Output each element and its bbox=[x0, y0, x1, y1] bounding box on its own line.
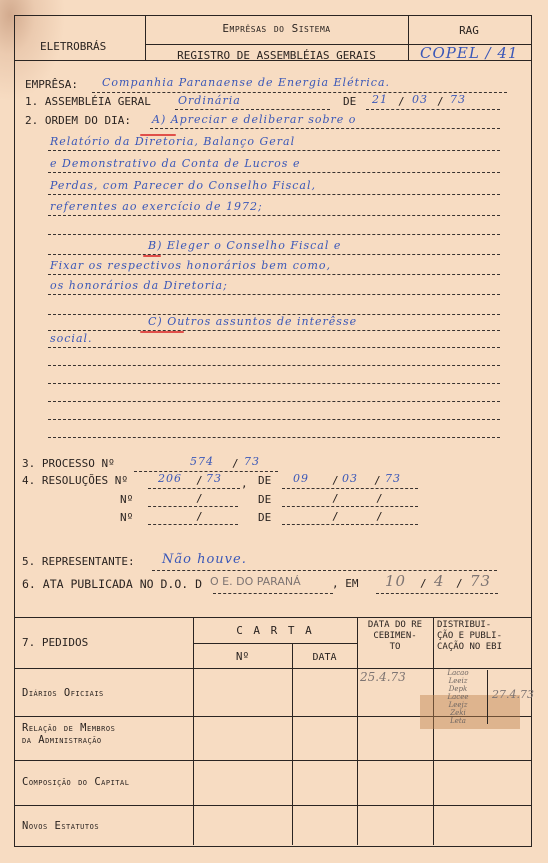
label-line: Relação de Membros bbox=[22, 722, 115, 734]
ordem-line-text[interactable]: os honorários da Diretoria; bbox=[50, 279, 228, 292]
ata-day-field[interactable]: 10 bbox=[385, 572, 406, 590]
initial: Zeki bbox=[438, 709, 478, 717]
system-title: Emprêsas do Sistema bbox=[145, 22, 408, 35]
slash: / bbox=[376, 510, 383, 523]
date-slash: / bbox=[437, 95, 444, 108]
header-line: TO bbox=[357, 642, 433, 653]
ata-publication-field[interactable]: O E. DO PARANÁ bbox=[210, 575, 301, 588]
resolucao-de-label: DE bbox=[258, 474, 271, 487]
org-name: ELETROBRÁS bbox=[40, 40, 106, 53]
ordem-line-text[interactable]: B) Eleger o Conselho Fiscal e bbox=[148, 239, 341, 252]
resolucao-no-label: Nº bbox=[120, 511, 133, 524]
ordem-line bbox=[48, 330, 500, 331]
initial: Depk bbox=[438, 685, 478, 693]
table-top-line bbox=[14, 617, 531, 618]
cell-relacao-data[interactable] bbox=[294, 718, 356, 759]
header-line: ÇÃO E PUBLI- bbox=[437, 631, 531, 642]
carta-data-header: DATA bbox=[292, 652, 357, 663]
assembleia-date-line bbox=[366, 109, 500, 110]
table-row-line bbox=[14, 805, 531, 806]
initial: Leeiz bbox=[438, 677, 478, 685]
empresa-line bbox=[92, 92, 507, 93]
slash: / bbox=[196, 492, 203, 505]
initials-bracket bbox=[487, 670, 488, 724]
ordem-line-text[interactable]: Fixar os respectivos honorários bem como… bbox=[50, 259, 331, 272]
slash: / bbox=[332, 474, 339, 487]
recebimento-header: DATA DO RE CEBIMEN- TO bbox=[357, 620, 433, 653]
assembleia-de-label: DE bbox=[343, 95, 356, 108]
ordem-line bbox=[48, 172, 500, 173]
resolucao-line bbox=[148, 488, 240, 489]
ata-date-line bbox=[376, 593, 498, 594]
ordem-line-text[interactable]: Perdas, com Parecer do Conselho Fiscal, bbox=[50, 179, 316, 192]
processo-number-field[interactable]: 574 bbox=[190, 455, 214, 468]
resolucao-number-field[interactable]: 206 bbox=[158, 472, 182, 485]
ordem-line bbox=[48, 234, 500, 235]
assembleia-line bbox=[175, 109, 330, 110]
red-mark bbox=[140, 331, 184, 333]
resolucao-number-field[interactable] bbox=[148, 506, 238, 507]
cell-relacao-recebimento[interactable] bbox=[359, 718, 432, 759]
ordem-line bbox=[48, 383, 500, 384]
ata-line bbox=[213, 593, 333, 594]
date-slash: / bbox=[398, 95, 405, 108]
red-mark bbox=[143, 255, 161, 257]
rag-label: RAG bbox=[408, 24, 530, 37]
table-col-line bbox=[433, 617, 434, 845]
cell-estatutos-distribuicao[interactable] bbox=[435, 807, 530, 844]
table-col-line bbox=[292, 643, 293, 845]
pedidos-label: 7. PEDIDOS bbox=[22, 636, 88, 649]
ata-year-field[interactable]: 73 bbox=[470, 572, 491, 590]
slash: / bbox=[332, 510, 339, 523]
assembleia-month-field[interactable]: 03 bbox=[412, 93, 428, 106]
ordem-line bbox=[150, 128, 500, 129]
assembleia-label: 1. ASSEMBLÉIA GERAL bbox=[25, 95, 151, 108]
ordem-line-text[interactable]: social. bbox=[50, 332, 93, 345]
distribuicao-date[interactable]: 27.4.73 bbox=[492, 688, 534, 701]
ordem-line bbox=[48, 215, 500, 216]
resolucao-number-field[interactable] bbox=[148, 524, 238, 525]
carta-label: C A R T A bbox=[193, 624, 357, 637]
slash: / bbox=[232, 457, 239, 470]
header-line: CEBIMEN- bbox=[357, 631, 433, 642]
ordem-line bbox=[48, 347, 500, 348]
ordem-line-text[interactable]: referentes ao exercício de 1972; bbox=[50, 200, 263, 213]
cell-composicao-recebimento[interactable] bbox=[359, 762, 432, 804]
assembleia-year-field[interactable]: 73 bbox=[450, 93, 466, 106]
slash: / bbox=[196, 510, 203, 523]
carta-no-header: Nº bbox=[193, 650, 292, 663]
resolucao-month-field[interactable]: 03 bbox=[342, 472, 358, 485]
header-line: DATA DO RE bbox=[357, 620, 433, 631]
resolucao-de-label: DE bbox=[258, 511, 271, 524]
ordem-line-text[interactable]: A) Apreciar e deliberar sobre o bbox=[152, 113, 356, 126]
slash: / bbox=[456, 577, 463, 590]
empresa-label: EMPRÊSA: bbox=[25, 78, 78, 91]
red-mark bbox=[140, 134, 176, 136]
cell-composicao-data[interactable] bbox=[294, 762, 356, 804]
cell-estatutos-recebimento[interactable] bbox=[359, 807, 432, 844]
slash: / bbox=[332, 492, 339, 505]
rag-value[interactable]: COPEL / 41 bbox=[420, 44, 518, 62]
representante-label: 5. REPRESENTANTE: bbox=[22, 555, 135, 568]
cell-relacao-no[interactable] bbox=[195, 718, 291, 759]
label-line: da Administração bbox=[22, 734, 115, 746]
processo-year-field[interactable]: 73 bbox=[244, 455, 260, 468]
assembleia-day-field[interactable]: 21 bbox=[372, 93, 388, 106]
resolucao-de-label: DE bbox=[258, 493, 271, 506]
representante-field[interactable]: Não houve. bbox=[162, 552, 247, 567]
ordem-line bbox=[48, 194, 500, 195]
resolucoes-label: 4. RESOLUÇÕES Nº bbox=[22, 474, 128, 487]
slash: / bbox=[420, 577, 427, 590]
initial: Leejz bbox=[438, 701, 478, 709]
ordem-line bbox=[48, 365, 500, 366]
register-title: REGISTRO DE ASSEMBLÉIAS GERAIS bbox=[145, 49, 408, 62]
cell-composicao-distribuicao[interactable] bbox=[435, 762, 530, 804]
resolucao-day-field[interactable]: 09 bbox=[293, 472, 309, 485]
initials-stack: Lacao Leeiz Depk Lacee Leejz Zeki Leta bbox=[438, 669, 478, 725]
slash: / bbox=[196, 474, 203, 487]
resolucao-no-label: Nº bbox=[120, 493, 133, 506]
ata-label: 6. ATA PUBLICADA NO D.O. D bbox=[22, 577, 202, 591]
cell-estatutos-no[interactable] bbox=[195, 807, 291, 844]
header-divider bbox=[408, 15, 409, 60]
ata-month-field[interactable]: 4 bbox=[434, 572, 445, 590]
slash: / bbox=[374, 474, 381, 487]
comma: , bbox=[241, 477, 248, 490]
ordem-line bbox=[48, 254, 500, 255]
ordem-line bbox=[48, 419, 500, 420]
header-line: DISTRIBUI- bbox=[437, 620, 531, 631]
row-label-relacao: Relação de Membros da Administração bbox=[22, 722, 115, 746]
cell-estatutos-data[interactable] bbox=[294, 807, 356, 844]
empresa-field[interactable]: Companhia Paranaense de Energia Elétrica… bbox=[102, 76, 390, 89]
table-row-line bbox=[14, 760, 531, 761]
ordem-line bbox=[48, 294, 500, 295]
row-label-composicao: Composição do Capital bbox=[22, 776, 129, 788]
resolucao-year-field[interactable]: 73 bbox=[206, 472, 222, 485]
assembleia-field[interactable]: Ordinária bbox=[178, 94, 241, 107]
resolucao-date-field[interactable] bbox=[282, 506, 418, 507]
recebimento-date[interactable]: 25.4.73 bbox=[360, 670, 406, 684]
ordem-line-text[interactable]: Relatório da Diretoria, Balanço Geral bbox=[50, 135, 295, 148]
initial: Lacao bbox=[438, 669, 478, 677]
processo-label: 3. PROCESSO Nº bbox=[22, 457, 115, 470]
ata-em-label: , EM bbox=[332, 577, 359, 590]
resolucao-dyear-field[interactable]: 73 bbox=[385, 472, 401, 485]
row-label-diarios: Diários Oficiais bbox=[22, 687, 104, 699]
ordem-label: 2. ORDEM DO DIA: bbox=[25, 114, 131, 127]
slash: / bbox=[376, 492, 383, 505]
cell-composicao-no[interactable] bbox=[195, 762, 291, 804]
ordem-line-text[interactable]: e Demonstrativo da Conta de Lucros e bbox=[50, 157, 300, 170]
representante-line bbox=[152, 570, 497, 571]
cell-diarios-no[interactable] bbox=[195, 670, 291, 715]
row-label-estatutos: Novos Estatutos bbox=[22, 820, 99, 832]
header-line: CAÇÃO NO EBI bbox=[437, 642, 531, 653]
resolucao-date-field[interactable] bbox=[282, 524, 418, 525]
ordem-line bbox=[48, 150, 500, 151]
distribuicao-header: DISTRIBUI- ÇÃO E PUBLI- CAÇÃO NO EBI bbox=[437, 620, 531, 653]
cell-diarios-data[interactable] bbox=[294, 670, 356, 715]
initial: Lacee bbox=[438, 693, 478, 701]
ordem-line bbox=[48, 274, 500, 275]
cell-relacao-distribuicao[interactable] bbox=[435, 718, 530, 759]
ordem-line bbox=[48, 437, 500, 438]
ordem-line bbox=[48, 401, 500, 402]
table-carta-line bbox=[193, 643, 357, 644]
resolucao-date-line bbox=[282, 488, 418, 489]
ordem-line-text[interactable]: C) Outros assuntos de interêsse bbox=[148, 315, 357, 328]
